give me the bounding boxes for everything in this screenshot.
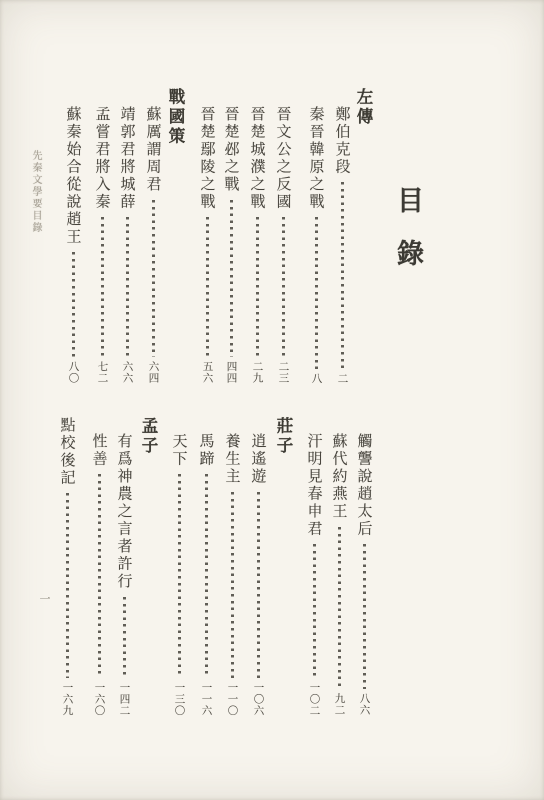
entry-page-number: 一四二 (117, 682, 132, 717)
entry-title: 靖郭君將城薛 (117, 106, 138, 211)
dot-leader (341, 182, 344, 369)
toc-entry: 天下一三〇 (167, 433, 191, 716)
toc-entry: 晉文公之反國二三 (271, 106, 295, 384)
toc-section-header: 孟子 (136, 417, 160, 456)
section-title: 左傳 (351, 88, 375, 127)
entry-page-number: 六六 (120, 361, 135, 384)
entry-page-number: 一〇六 (251, 682, 266, 717)
entry-title: 蘇厲謂周君 (143, 106, 164, 194)
entry-title: 鄭伯克段 (332, 106, 353, 176)
entry-title: 晉楚鄢陵之戰 (197, 106, 218, 211)
entry-page-number: 二 (335, 373, 350, 385)
toc-entry: 養生主一一〇 (220, 433, 244, 716)
toc-section-header: 左傳 (351, 88, 375, 127)
toc-section-header: 莊子 (271, 417, 295, 456)
dot-leader (313, 544, 316, 678)
toc-entry: 鄭伯克段二 (330, 106, 354, 384)
spine-label: 先秦文學要目錄 (28, 150, 43, 234)
dot-leader (231, 492, 234, 678)
dot-leader (282, 217, 285, 357)
dot-leader (178, 474, 181, 678)
dot-leader (230, 200, 233, 358)
entry-page-number: 九二 (332, 693, 347, 716)
entry-title: 孟嘗君將入秦 (92, 106, 113, 211)
toc-entry: 晉楚邲之戰四四 (219, 106, 243, 384)
toc-entry: 晉楚鄢陵之戰五六 (195, 106, 219, 384)
section-title: 戰國策 (163, 88, 187, 147)
entry-page-number: 八六 (357, 693, 372, 716)
entry-title: 有爲神農之言者許行 (114, 433, 135, 591)
entry-page-number: 一六九 (60, 682, 75, 717)
entry-title: 秦晉韓原之戰 (306, 106, 327, 211)
entry-title: 觸讋說趙太后 (354, 433, 375, 538)
entry-page-number: 一一〇 (225, 682, 240, 717)
dot-leader (98, 474, 101, 678)
entry-page-number: 二九 (250, 361, 265, 384)
dot-leader (363, 544, 366, 689)
dot-leader (66, 493, 69, 678)
toc-entry: 點校後記一六九 (55, 417, 79, 716)
toc-entry: 蘇代約燕王九二 (327, 433, 351, 716)
toc-entry: 靖郭君將城薛六六 (115, 106, 139, 384)
toc-entry: 蘇厲謂周君六四 (141, 106, 165, 384)
entry-page-number: 五六 (200, 361, 215, 384)
toc-entry: 汗明見春申君一〇二 (302, 433, 326, 716)
dot-leader (338, 527, 341, 690)
entry-title: 點校後記 (57, 417, 78, 487)
entry-title: 晉楚邲之戰 (221, 106, 242, 194)
entry-page-number: 八〇 (66, 361, 81, 384)
dot-leader (205, 474, 208, 678)
entry-page-number: 二三 (276, 361, 291, 384)
entry-page-number: 四四 (224, 361, 239, 384)
entry-page-number: 六四 (146, 361, 161, 384)
entry-title: 性善 (89, 433, 110, 468)
entry-title: 馬蹄 (196, 433, 217, 468)
toc-entry: 馬蹄一一六 (194, 433, 218, 716)
toc-entry: 觸讋說趙太后八六 (352, 433, 376, 716)
dot-leader (152, 200, 155, 358)
dot-leader (256, 217, 259, 357)
dot-leader (72, 252, 75, 357)
entry-page-number: 一一六 (199, 682, 214, 717)
toc-entry: 有爲神農之言者許行一四二 (112, 433, 136, 716)
toc-section-header: 戰國策 (163, 88, 187, 147)
entry-title: 蘇秦始合從說趙王 (63, 106, 84, 246)
entry-title: 晉文公之反國 (273, 106, 294, 211)
entry-page-number: 一〇二 (307, 682, 322, 717)
entry-page-number: 七二 (95, 361, 110, 384)
entry-title: 蘇代約燕王 (329, 433, 350, 521)
dot-leader (126, 217, 129, 357)
toc-entry: 秦晉韓原之戰八 (304, 106, 328, 384)
dot-leader (315, 217, 318, 369)
entry-page-number: 八 (309, 373, 324, 385)
margin-folio: 一 (36, 593, 52, 604)
toc-entry: 蘇秦始合從說趙王八〇 (61, 106, 85, 384)
dot-leader (123, 597, 126, 678)
dot-leader (101, 217, 104, 357)
entry-title: 晉楚城濮之戰 (247, 106, 268, 211)
entry-page-number: 一六〇 (92, 682, 107, 717)
entry-title: 天下 (169, 433, 190, 468)
entry-title: 逍遙遊 (248, 433, 269, 486)
entry-title: 汗明見春申君 (304, 433, 325, 538)
book-toc-page: 目錄 先秦文學要目錄 一 左傳鄭伯克段二秦晉韓原之戰八晉文公之反國二三晉楚城濮之… (0, 0, 544, 800)
toc-entry: 孟嘗君將入秦七二 (90, 106, 114, 384)
section-title: 莊子 (271, 417, 295, 456)
toc-entry: 逍遙遊一〇六 (246, 433, 270, 716)
entry-page-number: 一三〇 (172, 682, 187, 717)
entry-title: 養生主 (222, 433, 243, 486)
section-title: 孟子 (136, 417, 160, 456)
toc-entry: 性善一六〇 (87, 433, 111, 716)
dot-leader (206, 217, 209, 357)
toc-entry: 晉楚城濮之戰二九 (245, 106, 269, 384)
page-title: 目錄 (389, 186, 428, 292)
dot-leader (257, 492, 260, 678)
